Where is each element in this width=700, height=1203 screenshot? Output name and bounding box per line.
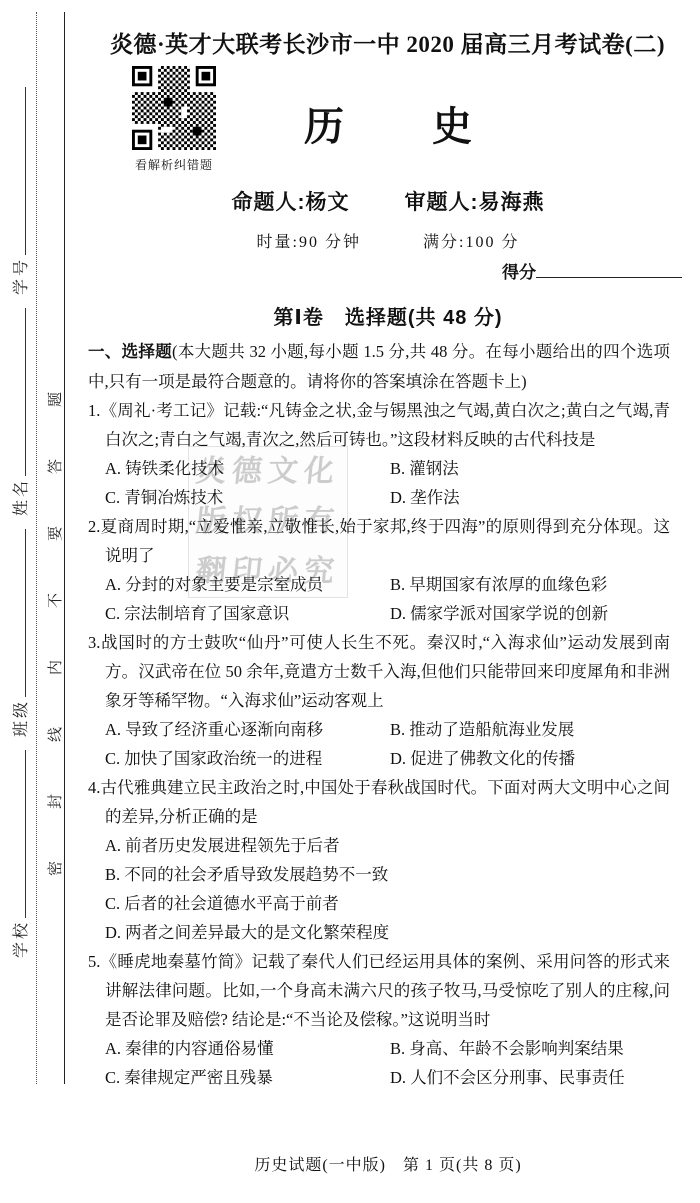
option-a: A. 铸铁柔化技术 (105, 454, 390, 483)
option-c: C. 秦律规定严密且残暴 (105, 1063, 390, 1092)
field-school-label: 学校 (13, 920, 30, 958)
option-b: B. 早期国家有浓厚的血缘色彩 (390, 575, 607, 594)
subject-title: 历史 (88, 95, 688, 152)
option-block: A. 前者历史发展进程领先于后者 B. 不同的社会矛盾导致发展趋势不一致 C. … (88, 831, 670, 947)
question-number: 5. (88, 952, 100, 971)
option-d: D. 促进了佛教文化的传播 (390, 749, 575, 768)
question-1: 1.《周礼·考工记》记载:“凡铸金之状,金与锡黑浊之气竭,黄白次之;黄白之气竭,… (88, 396, 670, 512)
field-name-label: 姓名 (13, 478, 30, 516)
question-stem: 1.《周礼·考工记》记载:“凡铸金之状,金与锡黑浊之气竭,黄白次之;黄白之气竭,… (88, 396, 670, 454)
seal-solid-line (64, 12, 65, 1084)
question-stem: 5.《睡虎地秦墓竹简》记载了秦代人们已经运用具体的案例、采用问答的形式来讲解法律… (88, 947, 670, 1034)
option-row: A. 秦律的内容通俗易懂B. 身高、年龄不会影响判案结果 (88, 1034, 670, 1063)
option-a: A. 导致了经济重心逐渐向南移 (105, 715, 390, 744)
option-row: C. 加快了国家政治统一的进程D. 促进了佛教文化的传播 (88, 744, 670, 773)
option-a: A. 分封的对象主要是宗室成员 (105, 570, 390, 599)
option-b: B. 不同的社会矛盾导致发展趋势不一致 (88, 860, 670, 889)
option-row: A. 铸铁柔化技术B. 灌钢法 (88, 454, 670, 483)
option-row: C. 宗法制培育了国家意识D. 儒家学派对国家学说的创新 (88, 599, 670, 628)
option-c: C. 加快了国家政治统一的进程 (105, 744, 390, 773)
option-d: D. 人们不会区分刑事、民事责任 (390, 1068, 625, 1087)
qr-caption: 看解析纠错题 (130, 156, 218, 173)
option-a: A. 秦律的内容通俗易懂 (105, 1034, 390, 1063)
field-studentid-blank (12, 87, 26, 255)
question-number: 1. (88, 401, 100, 420)
option-c: C. 青铜冶炼技术 (105, 483, 390, 512)
persons-row: 命题人:杨文 审题人:易海燕 (88, 186, 688, 216)
option-b: B. 推动了造船航海业发展 (390, 720, 574, 739)
question-2: 2.夏商周时期,“立爱惟亲,立敬惟长,始于家邦,终于四海”的原则得到充分体现。这… (88, 512, 670, 628)
question-number: 4. (88, 778, 100, 797)
option-b: B. 身高、年龄不会影响判案结果 (390, 1039, 624, 1058)
instructions: 一、选择题(本大题共 32 小题,每小题 1.5 分,共 48 分。在每小题给出… (88, 337, 670, 396)
option-a: A. 前者历史发展进程领先于后者 (88, 831, 670, 860)
student-info-fields: 学校 班级 姓名 学号 (8, 81, 31, 958)
exam-body: 一、选择题(本大题共 32 小题,每小题 1.5 分,共 48 分。在每小题给出… (88, 337, 670, 1092)
question-number: 3. (88, 633, 100, 652)
option-c: C. 宗法制培育了国家意识 (105, 599, 390, 628)
field-studentid-label: 学号 (13, 257, 30, 295)
question-stem: 2.夏商周时期,“立爱惟亲,立敬惟长,始于家邦,终于四海”的原则得到充分体现。这… (88, 512, 670, 570)
score-row: 得分 (502, 258, 682, 283)
field-school-blank (12, 750, 26, 918)
page-footer: 历史试题(一中版) 第 1 页(共 8 页) (88, 1152, 688, 1175)
question-4: 4.古代雅典建立民主政治之时,中国处于春秋战国时代。下面对两大文明中心之间的差异… (88, 773, 670, 947)
full-score-label: 满分:100 分 (423, 229, 519, 252)
option-d: D. 两者之间差异最大的是文化繁荣程度 (88, 918, 670, 947)
option-row: A. 分封的对象主要是宗室成员B. 早期国家有浓厚的血缘色彩 (88, 570, 670, 599)
seal-text: 密封线内不要答题 (44, 340, 65, 876)
question-3: 3.战国时的方士鼓吹“仙丹”可使人长生不死。秦汉时,“入海求仙”运动发展到南方。… (88, 628, 670, 773)
option-d: D. 儒家学派对国家学说的创新 (390, 604, 608, 623)
field-class-blank (12, 529, 26, 697)
field-class-label: 班级 (13, 699, 30, 737)
exam-header-title: 炎德·英才大联考长沙市一中 2020 届高三月考试卷(二) (80, 26, 695, 59)
reviewer-label: 审题人:易海燕 (405, 186, 545, 216)
meta-row: 时量:90 分钟 满分:100 分 (88, 229, 688, 252)
option-row: C. 秦律规定严密且残暴D. 人们不会区分刑事、民事责任 (88, 1063, 670, 1092)
question-5: 5.《睡虎地秦墓竹简》记载了秦代人们已经运用具体的案例、采用问答的形式来讲解法律… (88, 947, 670, 1092)
question-stem: 4.古代雅典建立民主政治之时,中国处于春秋战国时代。下面对两大文明中心之间的差异… (88, 773, 670, 831)
score-label: 得分 (502, 263, 536, 282)
option-row: A. 导致了经济重心逐渐向南移B. 推动了造船航海业发展 (88, 715, 670, 744)
instructions-body: (本大题共 32 小题,每小题 1.5 分,共 48 分。在每小题给出的四个选项… (88, 342, 670, 391)
question-stem: 3.战国时的方士鼓吹“仙丹”可使人长生不死。秦汉时,“入海求仙”运动发展到南方。… (88, 628, 670, 715)
setter-label: 命题人:杨文 (232, 186, 350, 216)
option-c: C. 后者的社会道德水平高于前者 (88, 889, 670, 918)
section1-title: 第Ⅰ卷 选择题(共 48 分) (88, 301, 688, 330)
question-number: 2. (88, 517, 100, 536)
option-row: C. 青铜冶炼技术D. 垄作法 (88, 483, 670, 512)
seal-dotted-line (36, 12, 37, 1084)
duration-label: 时量:90 分钟 (257, 229, 361, 252)
option-d: D. 垄作法 (390, 488, 460, 507)
score-blank (536, 264, 682, 278)
field-name-blank (12, 308, 26, 476)
option-b: B. 灌钢法 (390, 459, 459, 478)
instructions-lead: 一、选择题 (88, 343, 172, 361)
